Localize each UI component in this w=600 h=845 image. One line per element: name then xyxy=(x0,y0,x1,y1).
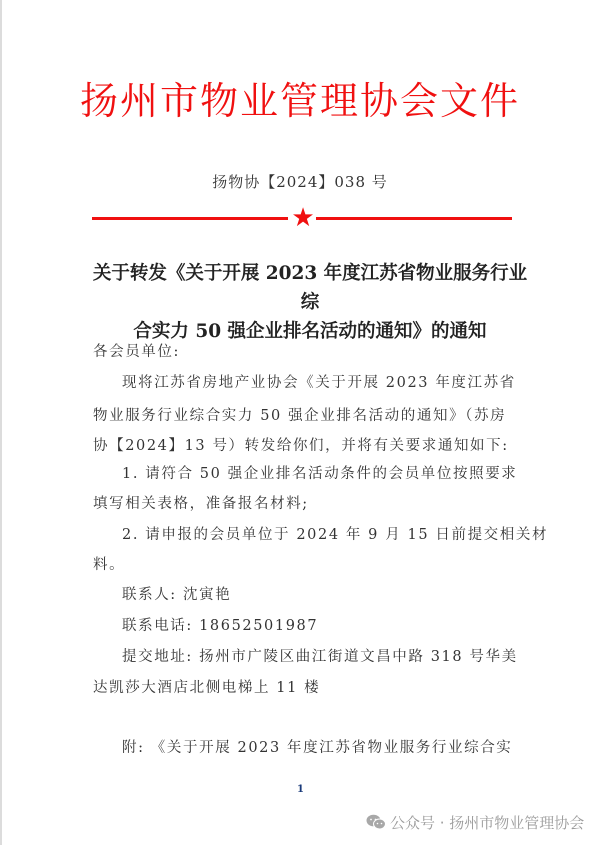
wechat-watermark: 公众号 · 扬州市物业管理协会 xyxy=(366,812,584,834)
submit-address-cont: 达凯莎大酒店北侧电梯上 11 楼 xyxy=(93,676,320,697)
wechat-icon xyxy=(366,814,386,834)
submit-address: 提交地址: 扬州市广陵区曲江街道文昌中路 318 号华美 xyxy=(122,645,518,666)
page-left-edge xyxy=(0,0,2,845)
divider-line-right xyxy=(316,217,512,220)
document-header: 扬州市物业管理协会文件 xyxy=(0,76,600,126)
document-title: 关于转发《关于开展 2023 年度江苏省物业服务行业综 合实力 50 强企业排名… xyxy=(90,259,530,346)
list-item-2: 2. 请申报的会员单位于 2024 年 9 月 15 日前提交相关材 xyxy=(122,523,548,544)
watermark-text: 公众号 · 扬州市物业管理协会 xyxy=(390,814,584,832)
divider-line-left xyxy=(92,217,288,220)
list-item-1: 1. 请符合 50 强企业排名活动条件的会员单位按照要求 xyxy=(122,462,517,483)
star-icon: ★ xyxy=(290,203,316,233)
list-item-2-cont: 料。 xyxy=(93,553,125,574)
page-number: 1 xyxy=(297,784,304,795)
attachment-line: 附: 《关于开展 2023 年度江苏省物业服务行业综合实 xyxy=(122,736,512,757)
body-line: 协【2024】13 号）转发给你们，并将有关要求通知如下: xyxy=(93,434,509,455)
body-line: 现将江苏省房地产业协会《关于开展 2023 年度江苏省 xyxy=(122,371,516,392)
salutation: 各会员单位: xyxy=(93,340,180,361)
body-line: 物业服务行业综合实力 50 强企业排名活动的通知》（苏房 xyxy=(93,404,506,425)
contact-person: 联系人: 沈寅艳 xyxy=(122,583,231,604)
title-line: 关于转发《关于开展 2023 年度江苏省物业服务行业综 xyxy=(90,259,530,317)
list-item-1-cont: 填写相关表格，准备报名材料; xyxy=(93,492,309,513)
contact-phone: 联系电话: 18652501987 xyxy=(122,614,318,635)
document-number: 扬物协【2024】038 号 xyxy=(0,171,600,192)
red-divider: ★ xyxy=(92,207,512,229)
